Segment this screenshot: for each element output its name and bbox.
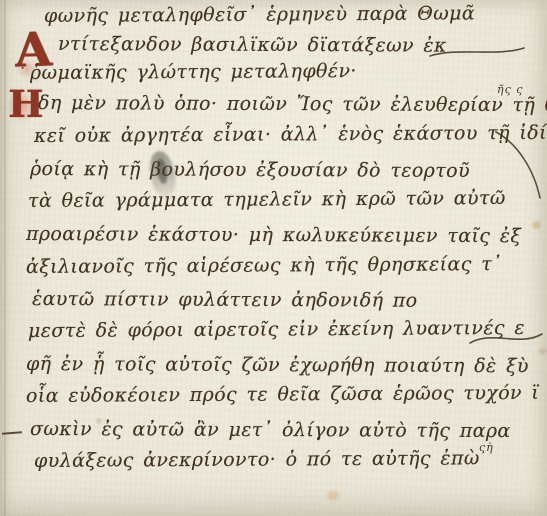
- manuscript-line: τὰ θεῖα γράμματα τημελεῖν κὴ κρῶ τῶν αὐτ…: [28, 187, 506, 212]
- manuscript-line: κεῖ οὐκ ἀργητέα εἶναι· ἀλλ᾽ ἑνὸς ἑκάστου…: [34, 122, 547, 147]
- manuscript-line: ἑαυτῶ πίστιν φυλάττειν ἀηδονιδή πο: [32, 288, 418, 312]
- paper-stain: [539, 348, 546, 355]
- manuscript-line: οἷα εὐδοκέοιεν πρός τε θεῖα ζῶσα ἑρῶος τ…: [26, 382, 539, 407]
- text-block: φωνῆς μεταληφθεῖσ᾽ ἑρμηνεὺ παρὰ Θωμᾶ ντί…: [0, 0, 547, 516]
- manuscript-line: ῥωμαϊκῆς γλώττης μεταληφθέν·: [30, 60, 357, 84]
- manuscript-line: φυλάξεως ἀνεκρίνοντο· ὁ πό τε αὐτῆς ἐπὼ: [34, 447, 480, 472]
- manuscript-line: σωκὶν ἐς αὐτῶ ἂν μετ᾽ ὀλίγον αὐτὸ τῆς πα…: [30, 418, 511, 442]
- manuscript-line: μεστὲ δὲ φόροι αἱρετοῖς εἰν ἐκείνη λυαντ…: [28, 317, 525, 342]
- manuscript-line: προαιρέσιν ἑκάστου· μὴ κωλυκεύκειμεν ταῖ…: [26, 223, 521, 247]
- manuscript-line: ῥοίᾳ κὴ τῇ βουλήσου ἐξουσίαν δὸ τεορτοῦ: [30, 158, 470, 182]
- manuscript-line: φῆ ἐν ᾗ τοῖς αὐτοῖς ζῶν ἐχωρήθη ποιαύτη …: [26, 353, 529, 377]
- manuscript-line: ντίτεξανδον βασιλϊκῶν δϊατάξεων ἐκ: [58, 33, 447, 57]
- superscript-abbreviation: ῆς ς: [497, 83, 523, 96]
- superscript-abbreviation: ςὴ: [479, 441, 494, 454]
- paper-stain: [532, 221, 541, 229]
- manuscript-line: ἀξιλιανοῖς τῆς αἱρέσεως κὴ τῆς θρησκείας…: [26, 253, 502, 278]
- paper-stain: [96, 418, 102, 424]
- paper-stain: [327, 491, 339, 500]
- manuscript-line: δη μὲν πολὺ ὁπο· ποιῶν Ἴος τῶν ἐλευθερία…: [38, 92, 547, 116]
- manuscript-line: φωνῆς μεταληφθεῖσ᾽ ἑρμηνεὺ παρὰ Θωμᾶ: [44, 2, 475, 27]
- manuscript-page: Α Η ’· φωνῆς μεταληφθεῖσ᾽ ἑρμηνεὺ παρὰ Θ…: [0, 0, 547, 516]
